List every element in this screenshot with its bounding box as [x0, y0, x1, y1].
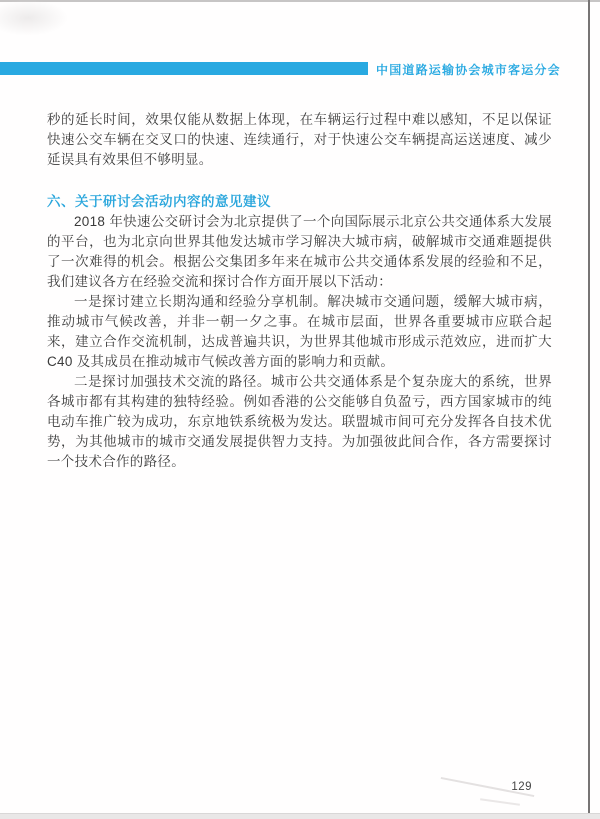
- scan-artifact-line: [480, 798, 520, 806]
- page-top-edge: [0, 0, 600, 2]
- header-accent-bar: [0, 62, 368, 75]
- intro-paragraph: 秒的延长时间，效果仅能从数据上体现，在车辆运行过程中难以感知，不足以保证快速公交…: [47, 110, 552, 170]
- page-content: 秒的延长时间，效果仅能从数据上体现，在车辆运行过程中难以感知，不足以保证快速公交…: [47, 110, 552, 472]
- section-heading: 六、关于研讨会活动内容的意见建议: [47, 192, 552, 212]
- body-paragraph-1: 2018 年快速公交研讨会为北京提供了一个向国际展示北京公共交通体系大发展的平台…: [47, 212, 552, 292]
- body-paragraph-2: 一是探讨建立长期沟通和经验分享机制。解决城市交通问题，缓解大城市病，推动城市气候…: [47, 292, 552, 372]
- body-paragraph-3: 二是探讨加强技术交流的路径。城市公共交通体系是个复杂庞大的系统，世界各城市都有其…: [47, 372, 552, 472]
- page-bottom-edge: [0, 813, 600, 819]
- header-org-title: 中国道路运输协会城市客运分会: [376, 61, 561, 78]
- page-right-edge: [588, 0, 590, 819]
- scan-smudge-top-left: [0, 0, 68, 36]
- document-page: 中国道路运输协会城市客运分会 秒的延长时间，效果仅能从数据上体现，在车辆运行过程…: [0, 0, 600, 819]
